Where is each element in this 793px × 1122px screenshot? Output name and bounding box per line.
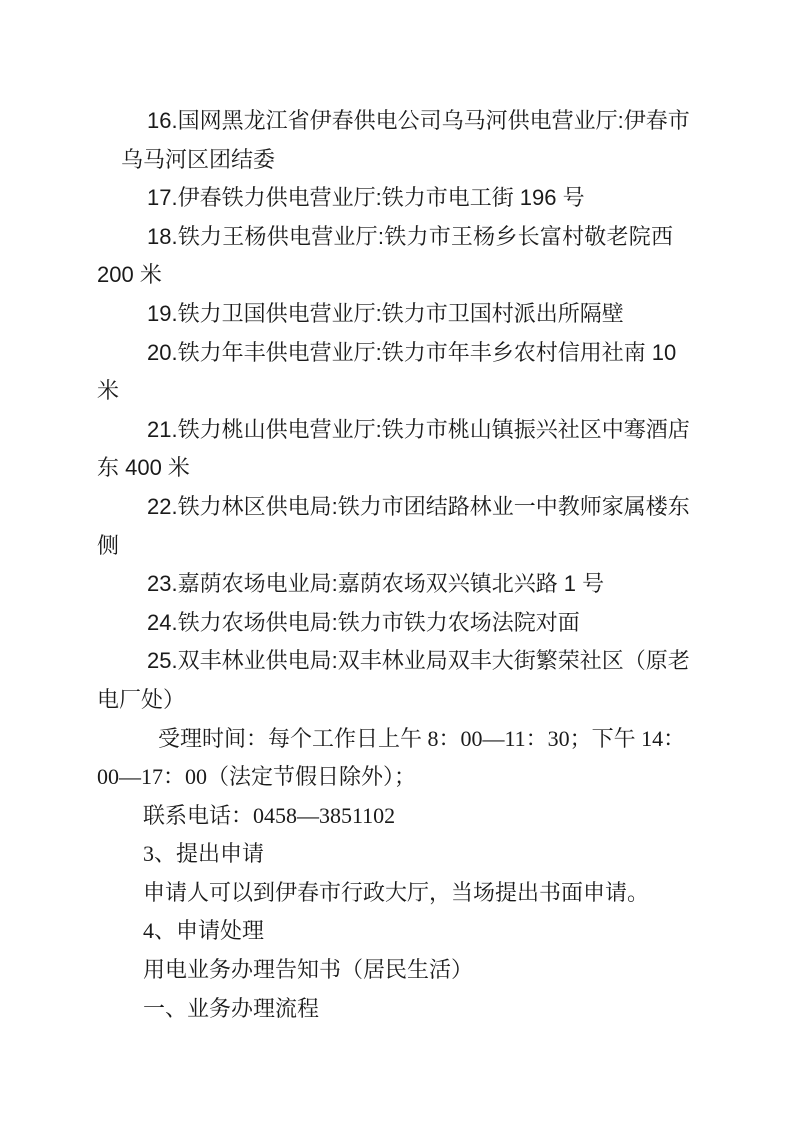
text-line: 用电业务办理告知书（居民生活） [97, 951, 673, 990]
text-line: 24.铁力农场供电局:铁力市铁力农场法院对面 [97, 604, 673, 643]
text-line: 联系电话：0458—3851102 [97, 797, 673, 836]
text-line: 3、提出申请 [97, 835, 673, 874]
text-line: 21.铁力桃山供电营业厅:铁力市桃山镇振兴社区中骞酒店 [97, 411, 673, 450]
text-line: 米 [97, 372, 673, 411]
text-line: 18.铁力王杨供电营业厅:铁力市王杨乡长富村敬老院西 [97, 218, 673, 257]
text-line: 16.国网黑龙江省伊春供电公司乌马河供电营业厅:伊春市 [97, 102, 673, 141]
document-page: 16.国网黑龙江省伊春供电公司乌马河供电营业厅:伊春市乌马河区团结委17.伊春铁… [0, 0, 793, 1122]
text-line: 受理时间：每个工作日上午 8：00—11：30；下午 14： [97, 720, 673, 759]
text-line: 200 米 [97, 256, 673, 295]
text-line: 17.伊春铁力供电营业厅:铁力市电工街 196 号 [97, 179, 673, 218]
text-line: 一、业务办理流程 [97, 990, 673, 1029]
text-line: 00—17：00（法定节假日除外）； [97, 758, 673, 797]
text-line: 侧 [97, 527, 673, 566]
text-line: 东 400 米 [97, 449, 673, 488]
text-line: 25.双丰林业供电局:双丰林业局双丰大街繁荣社区（原老 [97, 642, 673, 681]
document-body: 16.国网黑龙江省伊春供电公司乌马河供电营业厅:伊春市乌马河区团结委17.伊春铁… [97, 102, 673, 1028]
text-line: 23.嘉荫农场电业局:嘉荫农场双兴镇北兴路 1 号 [97, 565, 673, 604]
text-line: 20.铁力年丰供电营业厅:铁力市年丰乡农村信用社南 10 [97, 334, 673, 373]
text-line: 19.铁力卫国供电营业厅:铁力市卫国村派出所隔壁 [97, 295, 673, 334]
text-line: 申请人可以到伊春市行政大厅，当场提出书面申请。 [97, 874, 673, 913]
text-line: 乌马河区团结委 [97, 141, 673, 180]
text-line: 电厂处） [97, 681, 673, 720]
text-line: 4、申请处理 [97, 912, 673, 951]
text-line: 22.铁力林区供电局:铁力市团结路林业一中教师家属楼东 [97, 488, 673, 527]
